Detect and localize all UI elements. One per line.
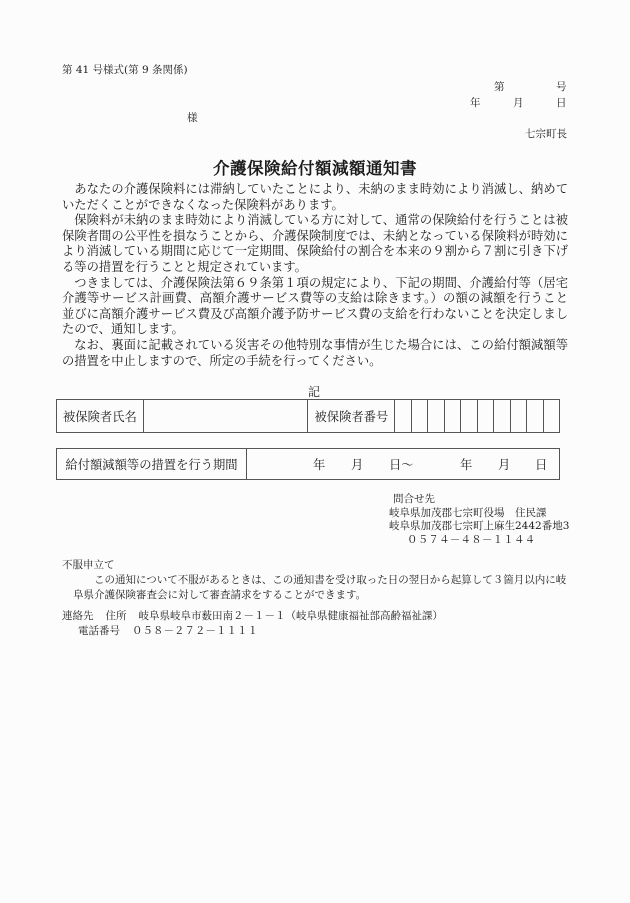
period-start-year: 年	[313, 455, 325, 473]
notice-body: あなたの介護保険料には滞納していたことにより、未納のまま時効により消滅し、納めて…	[62, 182, 568, 369]
prefecture-phone-line: 電話番号０５８－２７２－１１１１	[78, 624, 258, 638]
insured-number-digit[interactable]	[543, 400, 559, 433]
period-end-month: 月	[498, 455, 510, 473]
period-end-day: 日	[535, 455, 547, 473]
issue-date-year: 年	[470, 96, 481, 110]
prefecture-contact: 連絡先住所岐阜県岐阜市薮田南２－１－１（岐阜県健康福祉部高齢福祉課）	[62, 609, 443, 623]
insured-number-digit[interactable]	[395, 400, 411, 433]
inquiry-office: 岐阜県加茂郡七宗町役場 住民課	[389, 507, 569, 521]
insured-person-table: 被保険者氏名 被保険者番号	[56, 399, 560, 433]
inquiry-heading: 問合せ先	[389, 493, 569, 507]
period-end-year: 年	[460, 455, 472, 473]
appeal-body: この通知について不服があるときは、この通知書を受け取った日の翌日から起算して３箇…	[62, 573, 572, 603]
insured-number-digit[interactable]	[527, 400, 543, 433]
reduction-period-label: 給付額減額等の措置を行う期間	[57, 449, 247, 480]
insured-number-label: 被保険者番号	[308, 400, 395, 433]
insured-number-digit[interactable]	[477, 400, 493, 433]
contact-address-label: 住所	[106, 610, 127, 622]
document-title: 介護保険給付額減額通知書	[0, 155, 630, 179]
inquiry-phone: ０５７４－４８－１１４４	[389, 534, 569, 548]
contact-label: 連絡先	[62, 610, 94, 622]
contact-phone-label: 電話番号	[78, 625, 120, 637]
insured-name-label: 被保険者氏名	[57, 400, 144, 433]
body-paragraph: つきましては、介護保険法第６９条第１項の規定により、下記の期間、介護給付等（居宅…	[62, 276, 568, 338]
reduction-period-table: 給付額減額等の措置を行う期間 年 月 日～ 年 月 日	[56, 448, 560, 480]
contact-address: 岐阜県岐阜市薮田南２－１－１（岐阜県健康福祉部高齢福祉課）	[139, 610, 444, 622]
body-paragraph: なお、裏面に記載されている災害その他特別な事情が生じた場合には、この給付額減額等…	[62, 338, 568, 369]
insured-number-digit[interactable]	[461, 400, 477, 433]
issue-date-day: 日	[556, 96, 567, 110]
insured-number-digit[interactable]	[494, 400, 510, 433]
issue-date-month: 月	[513, 96, 524, 110]
insured-number-digit[interactable]	[444, 400, 460, 433]
appeal-heading: 不服申立て	[62, 558, 115, 572]
doc-number-prefix: 第	[494, 80, 505, 94]
contact-phone: ０５８－２７２－１１１１	[132, 625, 258, 637]
reduction-period-field[interactable]: 年 月 日～ 年 月 日	[247, 449, 560, 480]
insured-name-field[interactable]	[143, 400, 308, 433]
inquiry-address: 岐阜県加茂郡七宗町上麻生2442番地3	[389, 520, 569, 534]
doc-number-suffix: 号	[556, 80, 567, 94]
insured-number-digit[interactable]	[510, 400, 526, 433]
period-start-month: 月	[351, 455, 363, 473]
addressee-honorific: 様	[187, 111, 198, 125]
insured-number-digit[interactable]	[411, 400, 427, 433]
body-paragraph: 保険料が未納のまま時効により消滅している方に対して、通常の保険給付を行うことは被…	[62, 213, 568, 275]
inquiry-block: 問合せ先 岐阜県加茂郡七宗町役場 住民課 岐阜県加茂郡七宗町上麻生2442番地3…	[389, 493, 569, 547]
ki-heading: 記	[308, 383, 320, 400]
period-start-day: 日～	[389, 455, 414, 473]
body-paragraph: あなたの介護保険料には滞納していたことにより、未納のまま時効により消滅し、納めて…	[62, 182, 568, 213]
form-number: 第 41 号様式(第 9 条関係)	[62, 63, 188, 77]
appeal-text: この通知について不服があるときは、この通知書を受け取った日の翌日から起算して３箇…	[62, 573, 572, 603]
issuer-name: 七宗町長	[525, 127, 567, 141]
insured-number-digit[interactable]	[428, 400, 444, 433]
